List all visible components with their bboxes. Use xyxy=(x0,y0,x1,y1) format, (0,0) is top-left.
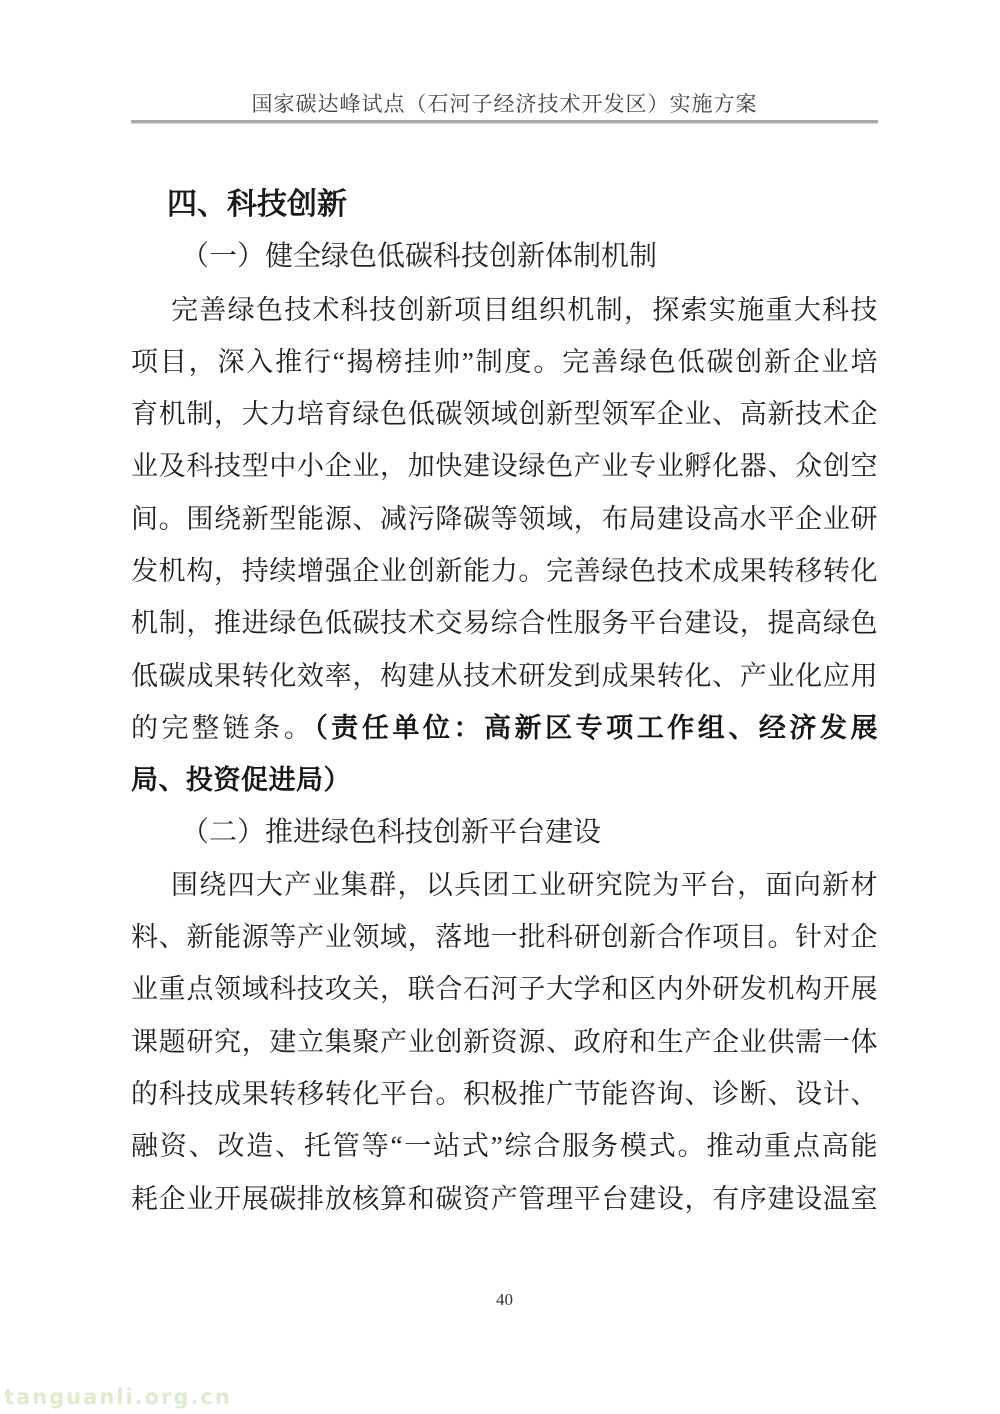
subsection-2-heading: （二）推进绿色科技创新平台建设 xyxy=(131,807,878,859)
page-number: 40 xyxy=(131,1288,878,1312)
text-line: 的完整链条。（责任单位：高新区专项工作组、经济发展 xyxy=(131,702,878,754)
text-line: 发机构，持续增强企业创新能力。完善绿色技术成果转移转化 xyxy=(131,545,878,597)
text-line: 业及科技型中小企业，加快建设绿色产业专业孵化器、众创空 xyxy=(131,440,878,492)
text-line: 完善绿色技术科技创新项目组织机制，探索实施重大科技 xyxy=(131,284,878,336)
text-line: 课题研究，建立集聚产业创新资源、政府和生产企业供需一体 xyxy=(131,1016,878,1068)
text-line: 育机制，大力培育绿色低碳领域创新型领军企业、高新技术企 xyxy=(131,388,878,440)
header-divider xyxy=(131,120,878,124)
section-heading: 四、科技创新 xyxy=(131,179,878,231)
text-line: 围绕四大产业集群，以兵团工业研究院为平台，面向新材 xyxy=(131,859,878,911)
text-line: 的科技成果转移转化平台。积极推广节能咨询、诊断、设计、 xyxy=(131,1068,878,1120)
responsible-unit-label: （责任单位：高新区专项工作组、经济发展 xyxy=(314,713,878,743)
text-line: 低碳成果转化效率，构建从技术研发到成果转化、产业化应用 xyxy=(131,650,878,702)
text-line: 融资、改造、托管等“一站式”综合服务模式。推动重点高能 xyxy=(131,1120,878,1172)
document-page: 国家碳达峰试点（石河子经济技术开发区）实施方案 四、科技创新 （一）健全绿色低碳… xyxy=(0,0,1000,1414)
text-line: 耗企业开展碳排放核算和碳资产管理平台建设，有序建设温室 xyxy=(131,1173,878,1225)
text-line: 业重点领域科技攻关，联合石河子大学和区内外研发机构开展 xyxy=(131,963,878,1015)
subsection-1-heading: （一）健全绿色低碳科技创新体制机制 xyxy=(131,231,878,283)
document-body: 四、科技创新 （一）健全绿色低碳科技创新体制机制 完善绿色技术科技创新项目组织机… xyxy=(131,179,878,1225)
text-line: 间。围绕新型能源、减污降碳等领域，布局建设高水平企业研 xyxy=(131,493,878,545)
responsible-unit-label-continued: 局、投资促进局） xyxy=(131,754,878,806)
watermark: tanguanli.org.cn xyxy=(4,1384,232,1410)
text-segment: 的完整链条。 xyxy=(131,713,314,743)
text-line: 项目，深入推行“揭榜挂帅”制度。完善绿色低碳创新企业培 xyxy=(131,336,878,388)
text-line: 料、新能源等产业领域，落地一批科研创新合作项目。针对企 xyxy=(131,911,878,963)
document-header-title: 国家碳达峰试点（石河子经济技术开发区）实施方案 xyxy=(131,88,878,118)
text-line: 机制，推进绿色低碳技术交易综合性服务平台建设，提高绿色 xyxy=(131,597,878,649)
